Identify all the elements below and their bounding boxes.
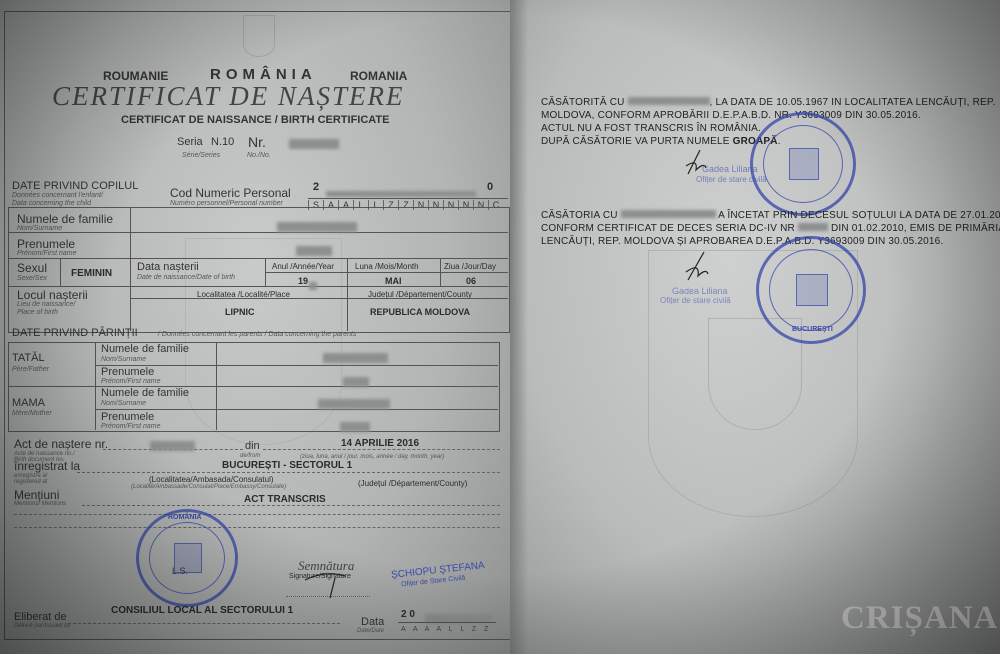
col-divider (130, 207, 131, 258)
father-surname-redacted (323, 350, 388, 368)
year-redacted (309, 277, 317, 295)
father-surname-sub: Nom/Surname (101, 356, 146, 363)
note1-line4-start: DUPĂ CĂSĂTORIE VA PURTA NUMELE (541, 136, 733, 147)
issued-label: Eliberat de (14, 611, 67, 623)
seria-value: N.10 (211, 136, 234, 148)
cnp-label: Cod Numeric Personal (170, 186, 291, 200)
sex-sub: Sexe/Sex (17, 275, 47, 282)
din-sub: de/from (240, 453, 260, 459)
registered-value: BUCUREȘTI - SECTORUL 1 (222, 460, 352, 471)
din-line (263, 449, 500, 450)
issued-value: CONSILIUL LOCAL AL SECTORULUI 1 (111, 605, 293, 616)
mother-surname-sub: Nom/Surname (101, 400, 146, 407)
sex-label: Sexul (17, 261, 47, 275)
mother-sub: Mère/Mother (12, 410, 52, 417)
note2-line2-start: CONFORM CERTIFICAT DE DECES SERIA DC-IV … (541, 223, 795, 234)
parents-section-title: DATE PRIVIND PĂRINȚII (12, 327, 138, 339)
seria-sub: Série/Series (182, 152, 220, 159)
child-surname-label: Numele de familie (17, 212, 113, 226)
husband-name-redacted (621, 210, 716, 218)
mother-surname-redacted (318, 396, 390, 414)
din-label: din (245, 440, 260, 452)
registered-label: înregistrat la (14, 459, 80, 473)
col-divider (95, 342, 96, 430)
year-label: Anul /Année/Year (272, 262, 334, 271)
child-section-title-fr: Données concernant l'enfant/ (12, 192, 103, 199)
county-value: REPUBLICA MOLDOVA (370, 307, 470, 317)
document-title: CERTIFICAT DE NAȘTERE (52, 81, 405, 112)
birthdate-label: Data nașterii (137, 261, 199, 273)
child-surname-sub: Nom/Surname (17, 225, 62, 232)
father-firstname-redacted (343, 374, 369, 392)
mentions-line-2 (14, 514, 500, 515)
father-firstname-label: Prenumele (101, 366, 154, 378)
father-surname-label: Numele de familie (101, 343, 189, 355)
birthplace-sub2: Place of birth (17, 309, 58, 316)
registered-line (77, 472, 500, 473)
cnp-last-digit: 0 (487, 181, 493, 193)
birthdate-sub: Date de naissance/Date of birth (137, 274, 235, 281)
county-label: Județul /Département/County (368, 290, 472, 299)
act-date-value: 14 APRILIE 2016 (341, 438, 419, 449)
father-firstname-sub: Prénom/First name (101, 378, 161, 385)
death-cert-number-redacted (798, 223, 828, 231)
child-firstname-sub: Prénom/First name (17, 250, 77, 257)
signature-scribble-icon (680, 250, 714, 284)
note2-line1-end: A ÎNCETAT PRIN DECESUL SOȚULUI LA DATA D… (716, 210, 1000, 221)
month-value: MAI (385, 276, 402, 286)
issued-line (68, 623, 340, 624)
mother-firstname-sub: Prénom/First name (101, 423, 161, 430)
mother-label: MAMA (12, 397, 45, 409)
registered-sub2: registered at (14, 479, 47, 485)
date-sub: Date/Date (357, 628, 384, 634)
issue-date-prefix: 2 0 (401, 609, 415, 620)
nr-sub: No./No. (247, 152, 271, 159)
father-sub: Père/Father (12, 366, 49, 373)
act-number-redacted (150, 438, 195, 456)
child-surname-redacted (277, 219, 357, 237)
col-divider (216, 342, 217, 430)
mentions-line-3 (14, 527, 500, 528)
mentions-sub: Mentions/ Mentions (14, 501, 66, 507)
row-divider (8, 258, 508, 259)
note2-line3: LENCĂUȚI, REP. MOLDOVA ȘI APROBAREA D.E.… (541, 234, 943, 249)
row-divider (8, 232, 508, 233)
annotations-page: CĂSĂTORITĂ CU , LA DATA DE 10.05.1967 IN… (510, 0, 1000, 654)
ls-label: L.S. (172, 566, 188, 576)
note1-line4: DUPĂ CĂSĂTORIE VA PURTA NUMELE GROAPĂ. (541, 134, 781, 149)
parents-table (8, 342, 500, 432)
birth-certificate-page: ROUMANIE ROMÂNIA ROMANIA CERTIFICAT DE N… (0, 0, 510, 654)
mother-surname-label: Numele de familie (101, 387, 189, 399)
seria-label: Seria (177, 136, 203, 148)
date-label: Data (361, 616, 384, 628)
row-divider (95, 409, 498, 410)
year-value: 19 (298, 276, 308, 286)
mother-firstname-redacted (340, 419, 370, 437)
locality-label: Localitatea /Localité/Place (197, 290, 290, 299)
note2-line1-start: CĂSĂTORIA CU (541, 210, 618, 221)
cnp-box-bottom (308, 198, 508, 199)
note1-line1-end: , LA DATA DE 10.05.1967 IN LOCALITATEA L… (710, 97, 996, 108)
issue-date-format: A A A A L L Z Z (401, 626, 491, 633)
note2-officer-title: Ofițer de stare civilă (660, 296, 731, 305)
month-label: Luna /Mois/Month (355, 262, 419, 271)
locality-note-sub: (Localité/Ambassade/Consulat/Place/Embas… (131, 484, 286, 490)
issued-sub: Délivré par/Issued by (14, 623, 70, 629)
stamp-text: ROMÂNIA (168, 514, 201, 521)
locality-value: LIPNIC (225, 307, 255, 317)
nr-value-redacted (289, 136, 339, 154)
sex-value: FEMININ (71, 268, 112, 279)
mentions-line (82, 505, 500, 506)
official-stamp-icon (750, 112, 856, 216)
note2-officer-name: Gadea Liliana (672, 286, 728, 296)
child-section-title: DATE PRIVIND COPILUL (12, 180, 138, 192)
spouse-name-redacted (628, 97, 710, 105)
row-divider (95, 365, 498, 366)
note1-line1-start: CĂSĂTORITĂ CU (541, 97, 625, 108)
child-firstname-label: Prenumele (17, 237, 75, 251)
nr-label: Nr. (248, 134, 266, 150)
row-divider (265, 272, 508, 273)
col-divider (60, 258, 61, 286)
mentions-label: Mențiuni (14, 488, 59, 502)
child-section-title-en: Data concerning the child (12, 200, 91, 207)
official-stamp-icon (136, 509, 238, 607)
mentions-value: ACT TRANSCRIS (244, 494, 326, 505)
cnp-first-digit: 2 (313, 181, 319, 193)
document-subtitle: CERTIFICAT DE NAISSANCE / BIRTH CERTIFIC… (121, 114, 389, 126)
child-firstname-redacted (296, 243, 332, 261)
locality-note: (Localitatea/Ambasada/Consulatul) (149, 475, 274, 484)
cnp-sub: Numéro personnel/Personal number (170, 200, 283, 207)
signature-line (286, 596, 370, 597)
day-label: Ziua /Jour/Day (444, 262, 496, 271)
county-note: (Județul /Département/County) (358, 479, 467, 488)
father-label: TATĂL (12, 352, 45, 364)
day-value: 06 (466, 276, 476, 286)
coat-of-arms-small-icon (243, 15, 275, 57)
col-divider (130, 258, 131, 331)
birthplace-label: Locul nașterii (17, 288, 88, 302)
stamp-text: BUCUREȘTI (792, 326, 833, 333)
publisher-logo: CRIȘANA (841, 600, 998, 637)
note2-line2-end: DIN 01.02.2010, EMIS DE PRIMĂRIA (828, 223, 1000, 234)
mother-firstname-label: Prenumele (101, 411, 154, 423)
date-box-line (398, 622, 496, 623)
birthplace-sub1: Lieu de naissance/ (17, 301, 75, 308)
act-label: Act de naștere nr. (14, 437, 108, 451)
row-divider (8, 286, 508, 287)
parents-section-sub: / Données concernant les parents / Data … (158, 331, 356, 338)
row-divider (8, 386, 498, 387)
col-divider (347, 258, 348, 331)
